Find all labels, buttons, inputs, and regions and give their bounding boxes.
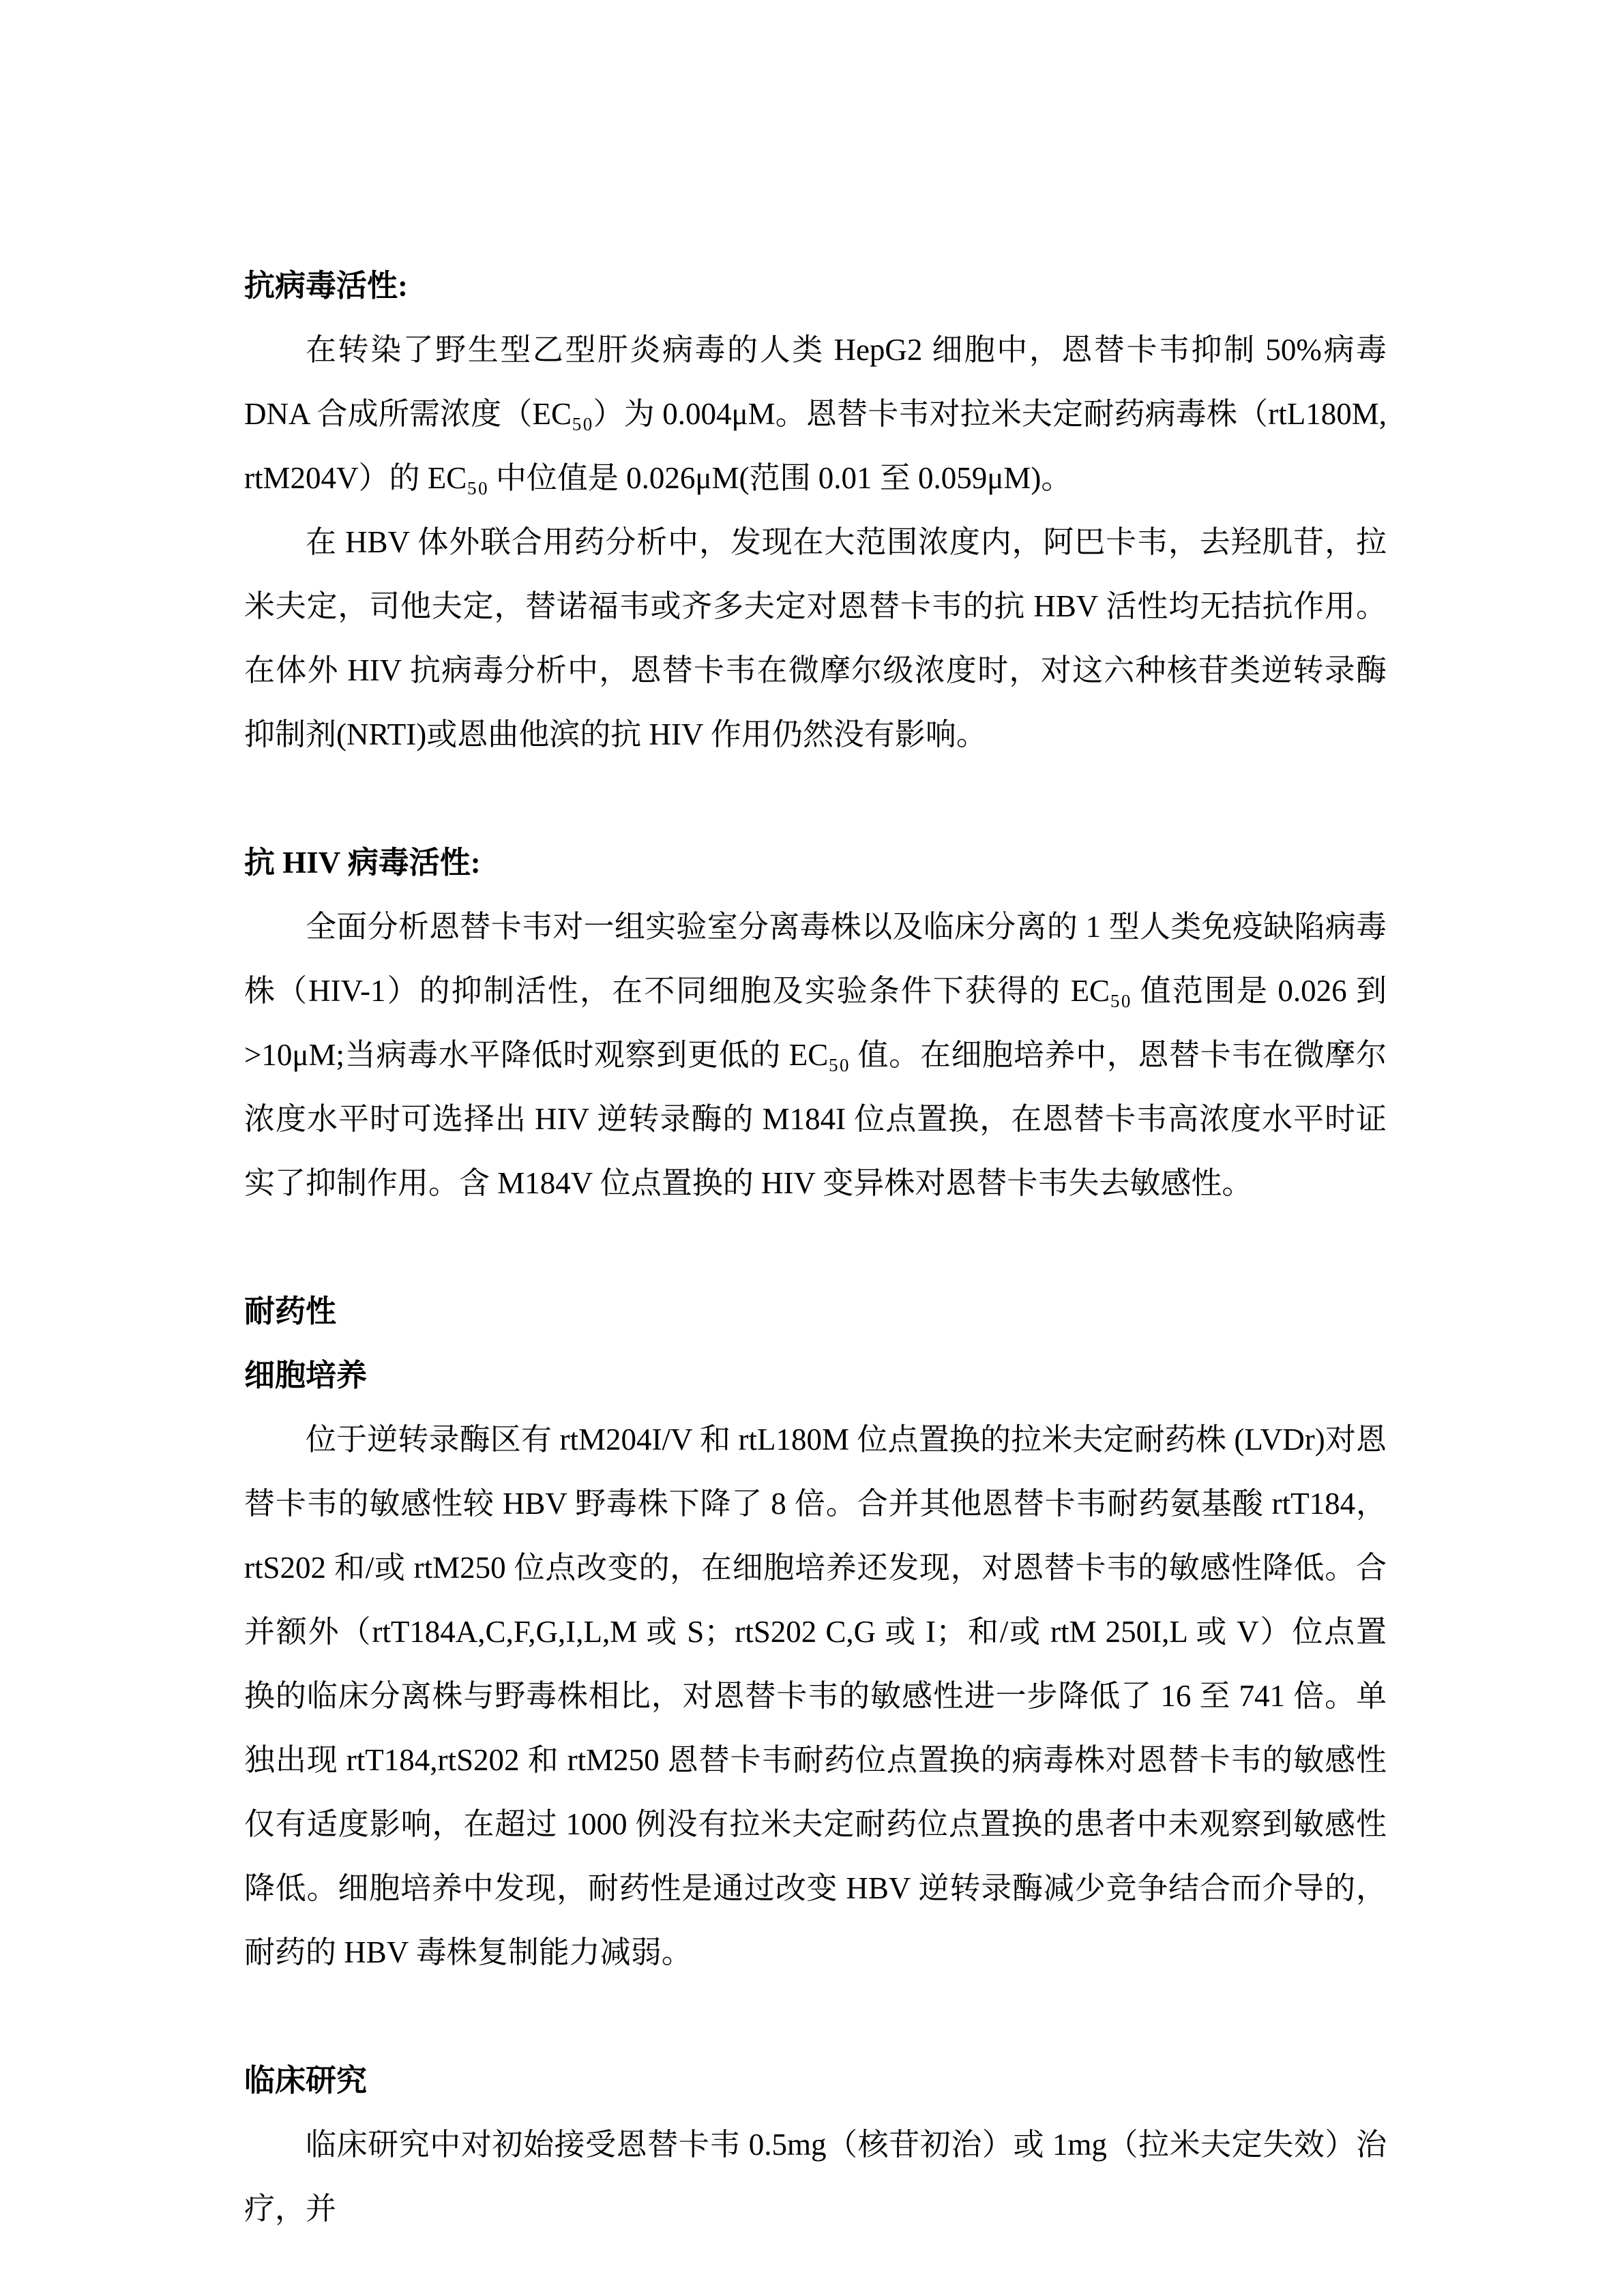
antiviral-activity-paragraph-2: 在 HBV 体外联合用药分析中，发现在大范围浓度内，阿巴卡韦，去羟肌苷，拉米夫定… bbox=[244, 510, 1387, 766]
drug-resistance-heading: 耐药性 bbox=[244, 1279, 1387, 1343]
clinical-studies-paragraph-1: 临床研究中对初始接受恩替卡韦 0.5mg（核苷初治）或 1mg（拉米夫定失效）治… bbox=[244, 2113, 1387, 2241]
cell-culture-paragraph-1: 位于逆转录酶区有 rtM204I/V 和 rtL180M 位点置换的拉米夫定耐药… bbox=[244, 1407, 1387, 1984]
antiviral-activity-heading: 抗病毒活性: bbox=[244, 254, 1387, 318]
clinical-studies-heading: 临床研究 bbox=[244, 2048, 1387, 2113]
anti-hiv-activity-paragraph-1: 全面分析恩替卡韦对一组实验室分离毒株以及临床分离的 1 型人类免疫缺陷病毒株（H… bbox=[244, 895, 1387, 1215]
antiviral-activity-paragraph-1: 在转染了野生型乙型肝炎病毒的人类 HepG2 细胞中，恩替卡韦抑制 50%病毒 … bbox=[244, 318, 1387, 510]
section-drug-resistance: 耐药性 细胞培养 位于逆转录酶区有 rtM204I/V 和 rtL180M 位点… bbox=[244, 1279, 1387, 1984]
anti-hiv-activity-heading: 抗 HIV 病毒活性: bbox=[244, 831, 1387, 895]
document-page: 抗病毒活性: 在转染了野生型乙型肝炎病毒的人类 HepG2 细胞中，恩替卡韦抑制… bbox=[0, 0, 1624, 2296]
cell-culture-subheading: 细胞培养 bbox=[244, 1343, 1387, 1407]
section-anti-hiv-activity: 抗 HIV 病毒活性: 全面分析恩替卡韦对一组实验室分离毒株以及临床分离的 1 … bbox=[244, 831, 1387, 1215]
section-antiviral-activity: 抗病毒活性: 在转染了野生型乙型肝炎病毒的人类 HepG2 细胞中，恩替卡韦抑制… bbox=[244, 254, 1387, 766]
document-content: 抗病毒活性: 在转染了野生型乙型肝炎病毒的人类 HepG2 细胞中，恩替卡韦抑制… bbox=[244, 254, 1387, 2241]
section-clinical-studies: 临床研究 临床研究中对初始接受恩替卡韦 0.5mg（核苷初治）或 1mg（拉米夫… bbox=[244, 2048, 1387, 2241]
